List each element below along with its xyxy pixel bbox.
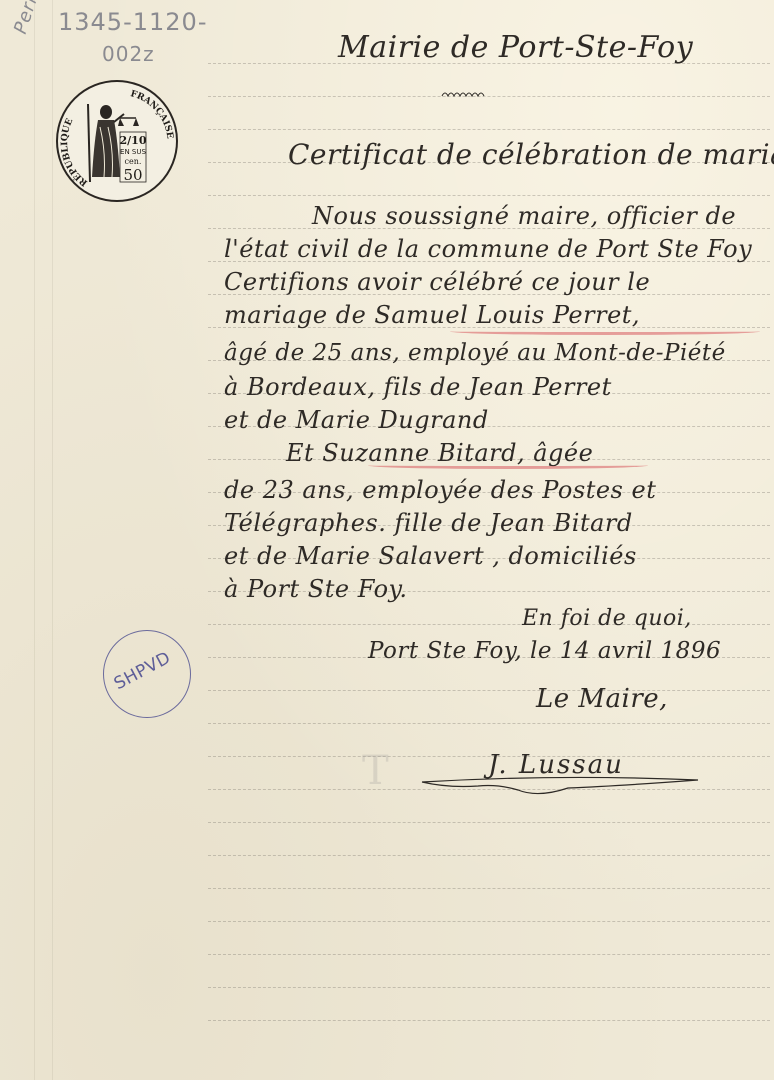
closing-formula: En foi de quoi, <box>522 606 692 631</box>
mairie-title: Mairie de Port-Ste-Foy <box>338 30 693 65</box>
signatory-title: Le Maire, <box>536 684 668 714</box>
archive-reference-line1: 1345-1120- <box>58 8 207 36</box>
certificate-subtitle: Certificat de célébration de mariage. <box>288 138 774 171</box>
body-line: Nous soussigné maire, officier de <box>312 202 736 230</box>
place-and-date: Port Ste Foy, le 14 avril 1896 <box>368 638 721 664</box>
certificate-page: Perret 1345-1120- 002z 2/10 EN SUS cen. … <box>0 0 774 1080</box>
show-through-watermark: T <box>362 748 389 794</box>
body-line: Certifions avoir célébré ce jour le <box>224 268 650 296</box>
archive-reference-line2: 002z <box>102 42 155 66</box>
red-pencil-underline-bride <box>368 462 648 469</box>
svg-text:cen.: cen. <box>125 157 142 166</box>
svg-text:50: 50 <box>123 166 142 184</box>
body-line: l'état civil de la commune de Port Ste F… <box>224 235 752 263</box>
signature-paraph-icon <box>418 770 708 800</box>
body-line: et de Marie Salavert , domiciliés <box>224 542 637 570</box>
svg-text:EN SUS: EN SUS <box>120 148 146 156</box>
shpvd-stamp-text: SHPVD <box>111 648 174 694</box>
body-line: à Bordeaux, fils de Jean Perret <box>224 373 612 401</box>
body-line: de 23 ans, employée des Postes et <box>224 476 656 504</box>
body-line: et de Marie Dugrand <box>224 406 489 434</box>
body-line: à Port Ste Foy. <box>224 575 408 603</box>
marianne-justice-icon: 2/10 EN SUS cen. 50 RÉPUBLIQUE FRANÇAISE <box>58 82 176 200</box>
body-line: mariage de Samuel Louis Perret, <box>224 301 640 329</box>
shpvd-archive-stamp: SHPVD <box>103 630 191 718</box>
red-pencil-underline-groom <box>450 328 760 335</box>
svg-text:2/10: 2/10 <box>120 134 147 147</box>
svg-text:RÉPUBLIQUE: RÉPUBLIQUE <box>60 117 90 188</box>
body-line: âgé de 25 ans, employé au Mont-de-Piété <box>224 340 726 366</box>
separator-flourish-icon <box>440 90 488 98</box>
body-line: Télégraphes. fille de Jean Bitard <box>224 509 633 537</box>
fiscal-stamp: 2/10 EN SUS cen. 50 RÉPUBLIQUE FRANÇAISE <box>56 80 178 202</box>
